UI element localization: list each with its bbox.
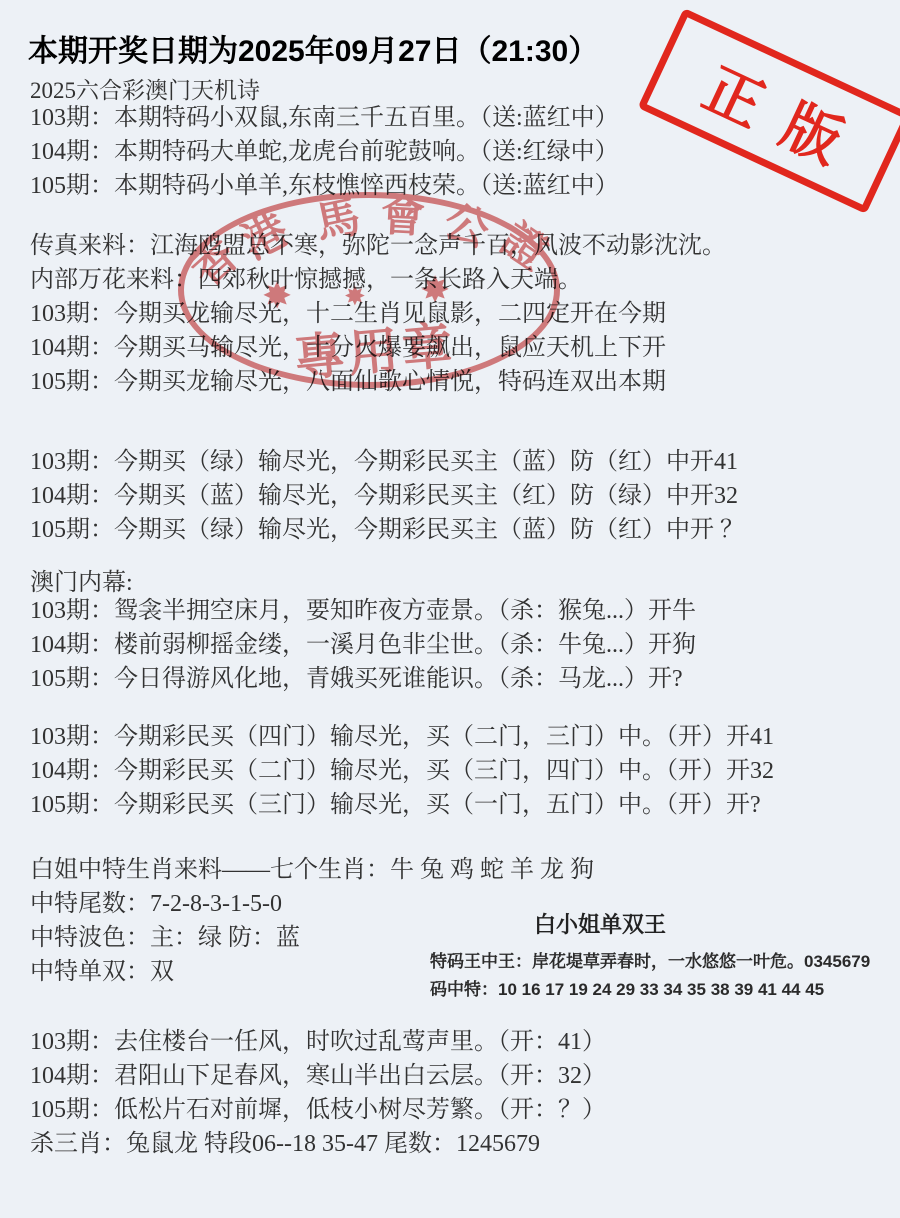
baixiaojie-numbers-line: 码中特：10 16 17 19 24 29 33 34 35 38 39 41 … [430,975,824,1000]
poem-line: 105期：低松片石对前墀，低枝小树尽芳繁。（开：？） [30,1095,606,1129]
tianjishi-line: 104期：本期特码大单蛇,龙虎台前驼鼓响。（送:红绿中） [30,137,619,171]
authenticity-stamp: 正版 [638,8,900,214]
neimu-line: 105期：今日得游风化地，青娥买死谁能识。（杀：马龙...）开? [30,664,696,698]
fax-line: 103期：今期买龙输尽光，十二生肖见鼠影，二四定开在今期 [30,299,726,333]
baixiaojie-title: 白小姐单双王 [430,908,770,939]
kill-three-line: 杀三肖：兔鼠龙 特段06--18 35-47 尾数：1245679 [30,1129,606,1163]
poem-line: 103期：去住楼台一任风，时吹过乱莺声里。（开：41） [30,1027,606,1061]
tianjishi-line: 103期：本期特码小双鼠,东南三千五百里。（送:蓝红中） [30,103,619,137]
page-title: 本期开奖日期为2025年09月27日（21:30） [28,26,598,70]
poem-section: 103期：去住楼台一任风，时吹过乱莺声里。（开：41） 104期：君阳山下足春风… [30,1027,606,1163]
poem-line: 104期：君阳山下足春风，寒山半出白云层。（开：32） [30,1061,606,1095]
door-tip-section: 103期：今期彩民买（四门）输尽光，买（二门，三门）中。（开）开41 104期：… [30,722,774,824]
neimu-line: 104期：楼前弱柳摇金缕，一溪月色非尘世。（杀：牛兔...）开狗 [30,630,696,664]
door-tip-line: 104期：今期彩民买（二门）输尽光，买（三门，四门）中。（开）开32 [30,756,774,790]
color-tip-line: 104期：今期买（蓝）输尽光，今期彩民买主（红）防（绿）中开32 [30,481,744,515]
neimu-heading: 澳门内幕: [30,562,133,597]
fax-section: 传真来料：江海鸥盟总不寒，弥陀一念声千百，风波不动影沈沈。 内部万花来料：四郊秋… [30,231,726,401]
baixiaojie-king-line: 特码王中王：岸花堤草弄春时，一水悠悠一叶危。0345679 [430,947,870,972]
lottery-tips-page: 本期开奖日期为2025年09月27日（21:30） 2025六合彩澳门天机诗 1… [0,0,900,1218]
tianjishi-section: 103期：本期特码小双鼠,东南三千五百里。（送:蓝红中） 104期：本期特码大单… [30,103,619,205]
color-tip-section: 103期：今期买（绿）输尽光，今期彩民买主（蓝）防（红）中开41 104期：今期… [30,447,744,549]
fax-line: 内部万花来料：四郊秋叶惊撼撼，一条长路入天端。 [30,265,726,299]
fax-line: 105期：今期买龙输尽光，八面仙歌心情悦，特码连双出本期 [30,367,726,401]
stamp-label: 正版 [692,42,883,191]
color-tip-line: 105期：今期买（绿）输尽光，今期彩民买主（蓝）防（红）中开 ？ [30,515,744,549]
fax-line: 104期：今期买马输尽光，十分火爆要飙出，鼠应天机上下开 [30,333,726,367]
color-tip-line: 103期：今期买（绿）输尽光，今期彩民买主（蓝）防（红）中开41 [30,447,744,481]
baijie-line: 白姐中特生肖来料——七个生肖：牛 兔 鸡 蛇 羊 龙 狗 [30,855,594,889]
fax-line: 传真来料：江海鸥盟总不寒，弥陀一念声千百，风波不动影沈沈。 [30,231,726,265]
door-tip-line: 103期：今期彩民买（四门）输尽光，买（二门，三门）中。（开）开41 [30,722,774,756]
neimu-line: 103期：鸳衾半拥空床月，要知昨夜方壶景。（杀：猴兔...）开牛 [30,596,696,630]
tianjishi-line: 105期：本期特码小单羊,东枝憔悴西枝荣。（送:蓝红中） [30,171,619,205]
tianjishi-heading: 2025六合彩澳门天机诗 [30,72,260,105]
door-tip-line: 105期：今期彩民买（三门）输尽光，买（一门，五门）中。（开）开? [30,790,774,824]
neimu-section: 103期：鸳衾半拥空床月，要知昨夜方壶景。（杀：猴兔...）开牛 104期：楼前… [30,596,696,698]
